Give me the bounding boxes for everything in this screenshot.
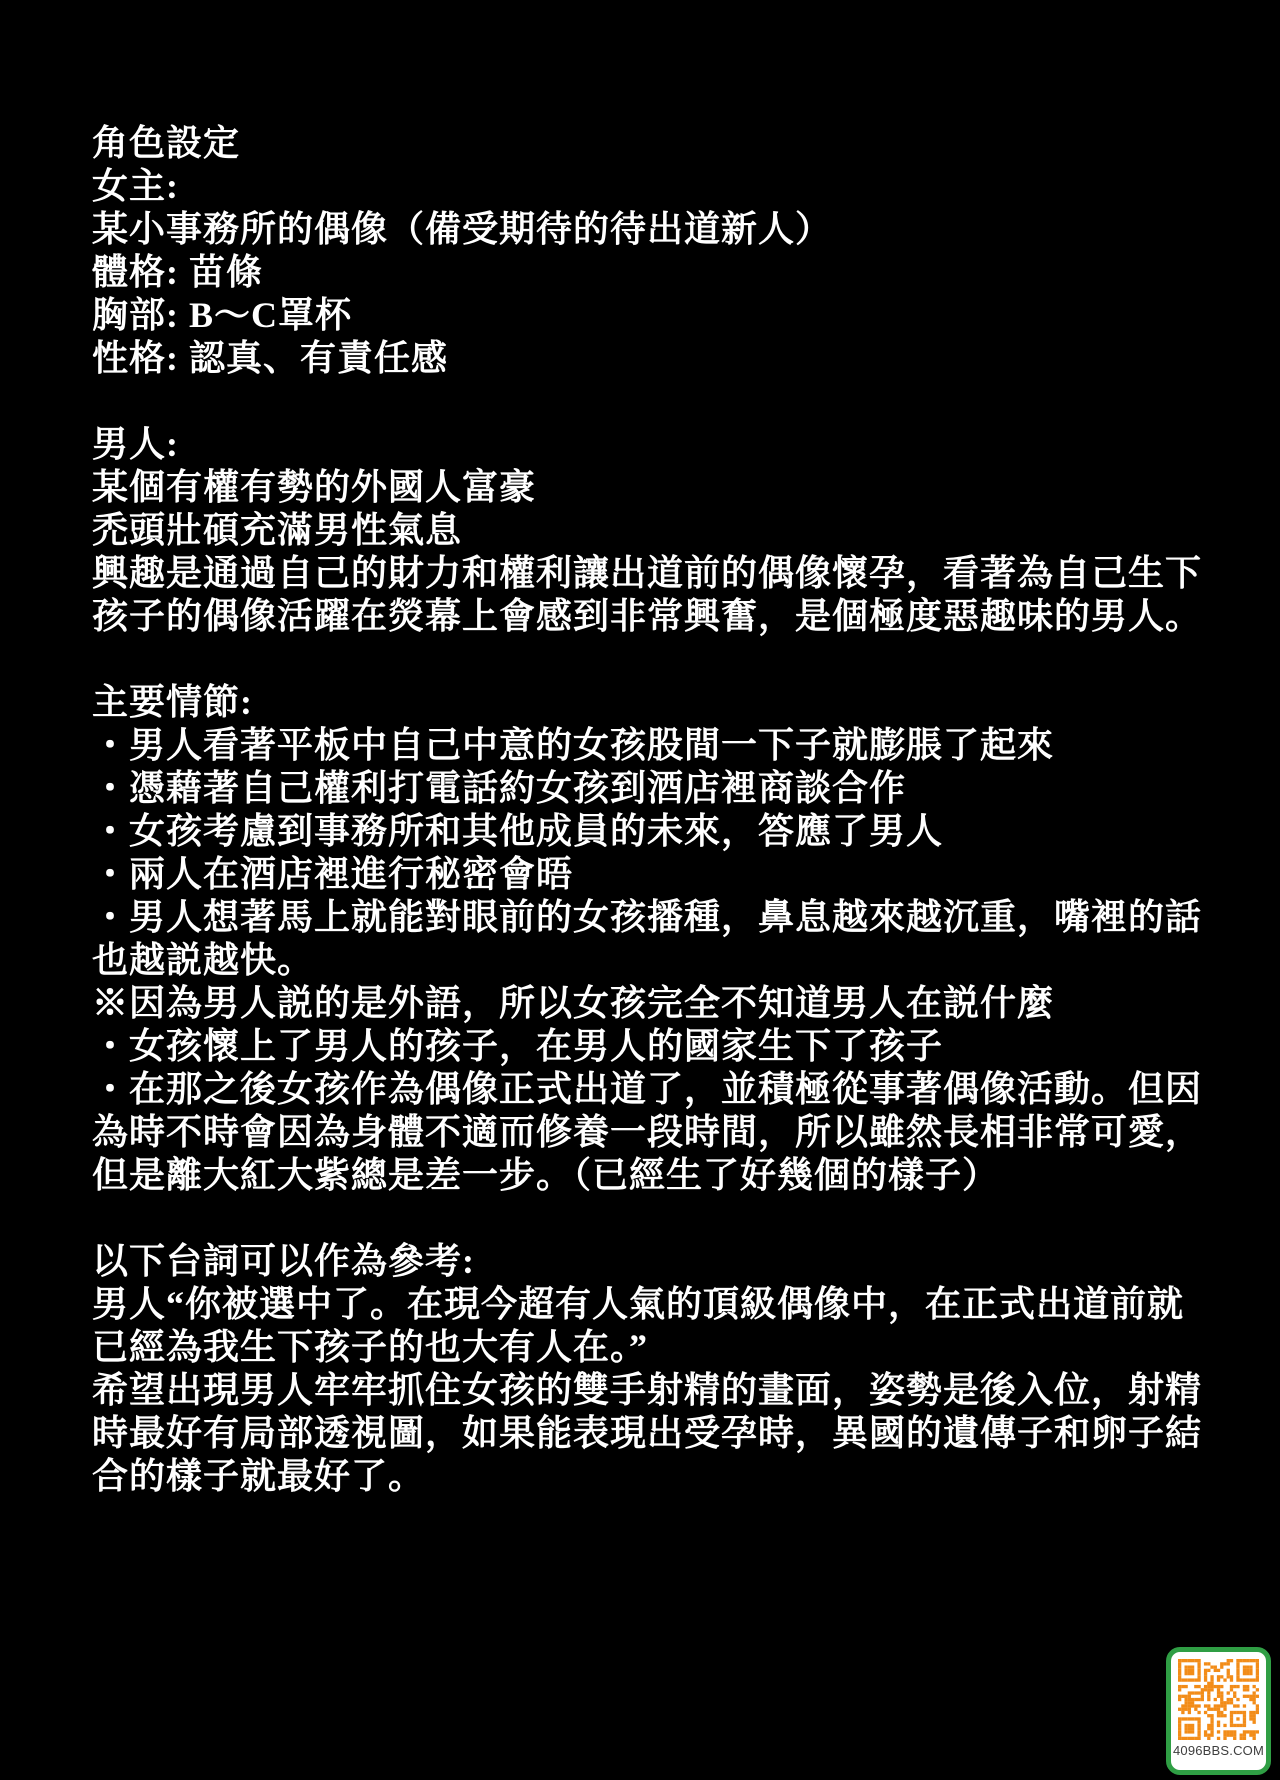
text-line: 某個有權有勢的外國人富豪 [92,466,1210,509]
qr-badge-label: 4096BBS.COM [1173,1743,1264,1758]
text-line: 已經為我生下孩子的也大有人在。” [92,1326,1210,1369]
text-line: 某小事務所的偶像（備受期待的待出道新人） [92,208,1210,251]
text-line: 體格: 苗條 [92,251,1210,294]
text-line: 女主: [92,165,1210,208]
text-line: ・在那之後女孩作為偶像正式出道了，並積極從事著偶像活動。但因 [92,1068,1210,1111]
text-line: ・兩人在酒店裡進行秘密會晤 [92,853,1210,896]
blank-line [92,1197,1210,1240]
text-line: 也越説越快。 [92,939,1210,982]
text-line: 希望出現男人牢牢抓住女孩的雙手射精的畫面，姿勢是後入位，射精 [92,1369,1210,1412]
text-line: 禿頭壯碩充滿男性氣息 [92,509,1210,552]
text-line: 男人: [92,423,1210,466]
text-line: 角色設定 [92,122,1210,165]
blank-line [92,380,1210,423]
text-line: 主要情節: [92,681,1210,724]
text-line: ・女孩考慮到事務所和其他成員的未來，答應了男人 [92,810,1210,853]
text-line: 合的樣子就最好了。 [92,1455,1210,1498]
qr-code-icon [1178,1659,1259,1740]
text-line: 時最好有局部透視圖，如果能表現出受孕時，異國的遺傳子和卵子結 [92,1412,1210,1455]
text-line: 興趣是通過自己的財力和權利讓出道前的偶像懷孕，看著為自己生下 [92,552,1210,595]
text-line: ・男人看著平板中自己中意的女孩股間一下子就膨脹了起來 [92,724,1210,767]
text-line: 胸部: B～C罩杯 [92,294,1210,337]
text-line: ・憑藉著自己權利打電話約女孩到酒店裡商談合作 [92,767,1210,810]
blank-line [92,638,1210,681]
text-line: 為時不時會因為身體不適而修養一段時間，所以雖然長相非常可愛， [92,1111,1210,1154]
text-line: 但是離大紅大紫總是差一步。（已經生了好幾個的樣子） [92,1154,1210,1197]
text-line: 男人“你被選中了。在現今超有人氣的頂級偶像中，在正式出道前就 [92,1283,1210,1326]
text-line: ※因為男人説的是外語，所以女孩完全不知道男人在説什麼 [92,982,1210,1025]
text-line: ・女孩懷上了男人的孩子，在男人的國家生下了孩子 [92,1025,1210,1068]
text-line: 孩子的偶像活躍在熒幕上會感到非常興奮，是個極度惡趣味的男人。 [92,595,1210,638]
text-line: 性格: 認真、有責任感 [92,337,1210,380]
text-block: 角色設定女主:某小事務所的偶像（備受期待的待出道新人）體格: 苗條胸部: B～C… [92,122,1210,1498]
text-line: ・男人想著馬上就能對眼前的女孩播種，鼻息越來越沉重，嘴裡的話 [92,896,1210,939]
page: 角色設定女主:某小事務所的偶像（備受期待的待出道新人）體格: 苗條胸部: B～C… [0,0,1280,1780]
text-line: 以下台詞可以作為參考: [92,1240,1210,1283]
qr-badge: 4096BBS.COM [1166,1647,1271,1775]
